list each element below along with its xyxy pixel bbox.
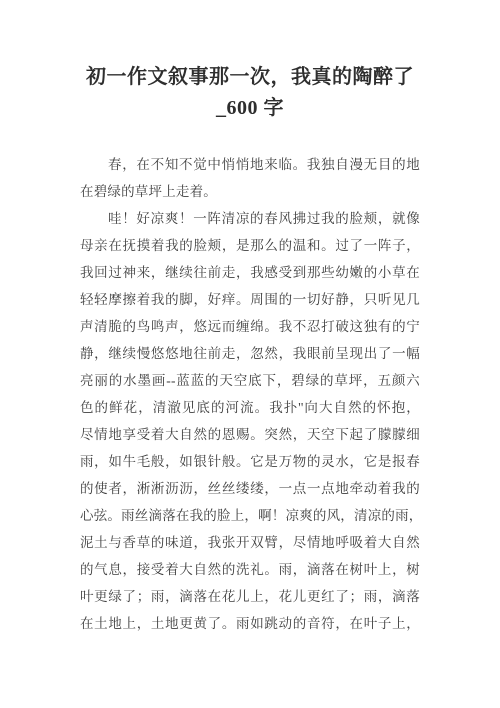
essay-line: 轻轻摩擦着我的脚，好痒。周围的一切好静，只听见几 — [80, 286, 420, 313]
essay-line: 母亲在抚摸着我的脸颊，是那么的温和。过了一阵子， — [80, 232, 420, 259]
essay-line: 尽情地享受着大自然的恩赐。突然，天空下起了朦朦细 — [80, 421, 420, 448]
essay-line: 色的鲜花，清澈见底的河流。我扑''向大自然的怀抱， — [80, 394, 420, 421]
essay-line: 亮丽的水墨画--蓝蓝的天空底下，碧绿的草坪，五颜六 — [80, 367, 420, 394]
essay-body: 春，在不知不觉中悄悄地来临。我独自漫无目的地在碧绿的草坪上走着。哇！好凉爽！一阵… — [80, 151, 420, 637]
essay-line: 的使者，淅淅沥沥，丝丝缕缕，一点一点地牵动着我的 — [80, 475, 420, 502]
essay-line: 哇！好凉爽！一阵清凉的春风拂过我的脸颊，就像 — [80, 205, 420, 232]
essay-line: 我回过神来，继续往前走，我感受到那些幼嫩的小草在 — [80, 259, 420, 286]
essay-line: 的气息，接受着大自然的洗礼。雨，滴落在树叶上，树 — [80, 556, 420, 583]
essay-title-line1: 初一作文叙事那一次，我真的陶醉了 — [40, 62, 460, 93]
essay-line: 春，在不知不觉中悄悄地来临。我独自漫无目的地 — [80, 151, 420, 178]
essay-line: 在碧绿的草坪上走着。 — [80, 178, 420, 205]
document-page: 初一作文叙事那一次，我真的陶醉了 _600 字 春，在不知不觉中悄悄地来临。我独… — [0, 0, 500, 708]
essay-line: 心弦。雨丝滴落在我的脸上，啊！凉爽的风，清凉的雨， — [80, 502, 420, 529]
essay-title-line2: _600 字 — [40, 93, 460, 124]
essay-line: 静，继续慢悠悠地往前走，忽然，我眼前呈现出了一幅 — [80, 340, 420, 367]
essay-title: 初一作文叙事那一次，我真的陶醉了 _600 字 — [40, 62, 460, 124]
essay-line: 叶更绿了；雨，滴落在花儿上，花儿更红了；雨，滴落 — [80, 583, 420, 610]
essay-line: 声清脆的鸟鸣声，悠远而缠绵。我不忍打破这独有的宁 — [80, 313, 420, 340]
essay-line: 泥土与香草的味道，我张开双臂，尽情地呼吸着大自然 — [80, 529, 420, 556]
essay-line: 在土地上，土地更黄了。雨如跳动的音符，在叶子上， — [80, 610, 420, 637]
essay-line: 雨，如牛毛般，如银针般。它是万物的灵水，它是报春 — [80, 448, 420, 475]
